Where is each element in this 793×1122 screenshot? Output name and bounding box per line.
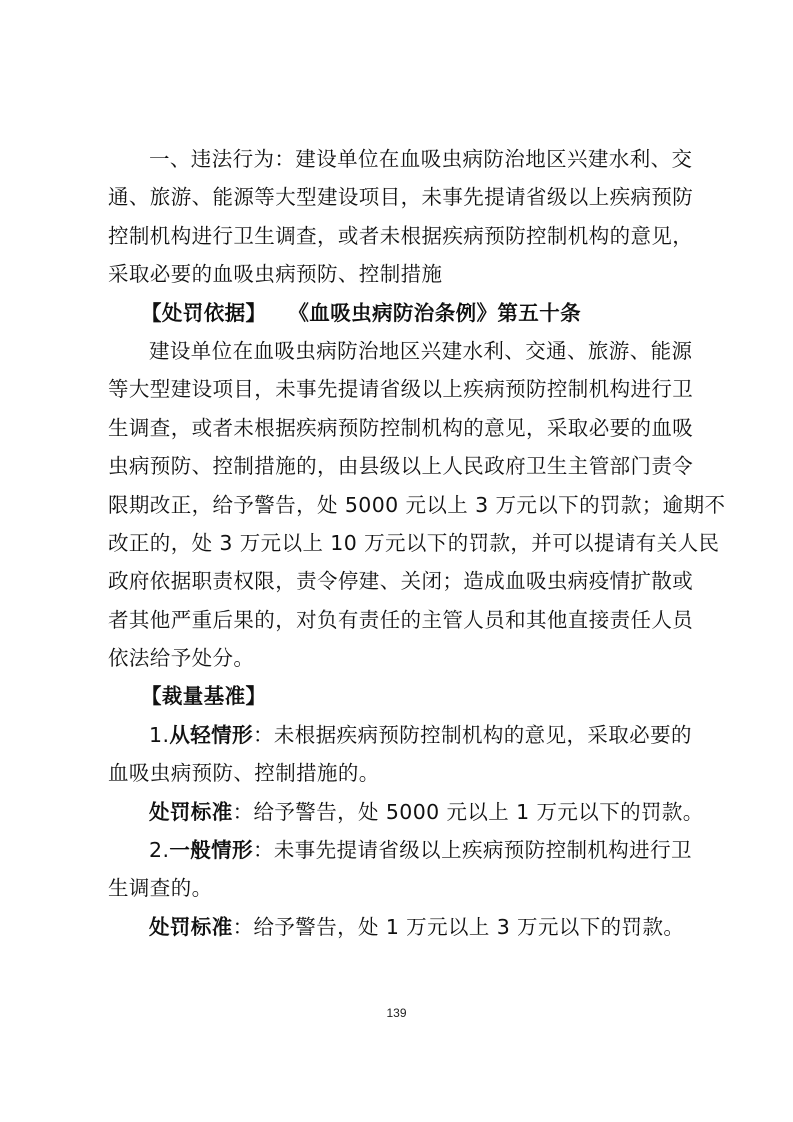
item-1-line-1: 1.从轻情形：未根据疾病预防控制机构的意见，采取必要的 (108, 716, 692, 754)
item-2-text: ：未事先提请省级以上疾病预防控制机构进行卫 (253, 838, 692, 862)
item-2-penalty-text: ：给予警告，处 1 万元以上 3 万元以下的罚款。 (233, 915, 685, 939)
basis-line-6: 改正的，处 3 万元以上 10 万元以下的罚款，并可以提请有关人民 (108, 524, 692, 562)
item-1-penalty-text: ：给予警告，处 5000 元以上 1 万元以下的罚款。 (233, 800, 704, 824)
item-1-text: ：未根据疾病预防控制机构的意见，采取必要的 (253, 723, 692, 747)
basis-line-4: 虫病预防、控制措施的，由县级以上人民政府卫生主管部门责令 (108, 447, 692, 485)
basis-line-9: 依法给予处分。 (108, 639, 692, 677)
basis-line-2: 等大型建设项目，未事先提请省级以上疾病预防控制机构进行卫 (108, 370, 692, 408)
item-1-number: 1. (149, 723, 169, 747)
standard-heading: 【裁量基准】 (108, 677, 692, 715)
basis-heading: 【处罚依据】《血吸虫病防治条例》第五十条 (108, 294, 692, 332)
item-2-penalty: 处罚标准：给予警告，处 1 万元以上 3 万元以下的罚款。 (108, 908, 692, 946)
violation-line-2: 通、旅游、能源等大型建设项目，未事先提请省级以上疾病预防 (108, 178, 692, 216)
item-2-line-1: 2.一般情形：未事先提请省级以上疾病预防控制机构进行卫 (108, 831, 692, 869)
item-1-penalty: 处罚标准：给予警告，处 5000 元以上 1 万元以下的罚款。 (108, 793, 692, 831)
item-2-title: 一般情形 (169, 838, 253, 862)
item-1-line-2: 血吸虫病预防、控制措施的。 (108, 754, 692, 792)
basis-line-3: 生调查，或者未根据疾病预防控制机构的意见，采取必要的血吸 (108, 409, 692, 447)
violation-line-1: 一、违法行为：建设单位在血吸虫病防治地区兴建水利、交 (108, 140, 692, 178)
document-page: 一、违法行为：建设单位在血吸虫病防治地区兴建水利、交 通、旅游、能源等大型建设项… (108, 140, 692, 946)
basis-label: 【处罚依据】 (141, 301, 266, 325)
item-2-number: 2. (149, 838, 169, 862)
basis-line-5: 限期改正，给予警告，处 5000 元以上 3 万元以下的罚款；逾期不 (108, 486, 692, 524)
basis-regulation: 《血吸虫病防治条例》第五十条 (288, 301, 581, 325)
item-2-penalty-label: 处罚标准 (149, 915, 233, 939)
basis-line-7: 政府依据职责权限，责令停建、关闭；造成血吸虫病疫情扩散或 (108, 562, 692, 600)
item-1-title: 从轻情形 (169, 723, 253, 747)
item-1-penalty-label: 处罚标准 (149, 800, 233, 824)
violation-line-3: 控制机构进行卫生调查，或者未根据疾病预防控制机构的意见， (108, 217, 692, 255)
basis-line-8: 者其他严重后果的，对负有责任的主管人员和其他直接责任人员 (108, 601, 692, 639)
item-2-line-2: 生调查的。 (108, 869, 692, 907)
page-number: 139 (0, 1006, 793, 1020)
basis-line-1: 建设单位在血吸虫病防治地区兴建水利、交通、旅游、能源 (108, 332, 692, 370)
violation-line-4: 采取必要的血吸虫病预防、控制措施 (108, 255, 692, 293)
